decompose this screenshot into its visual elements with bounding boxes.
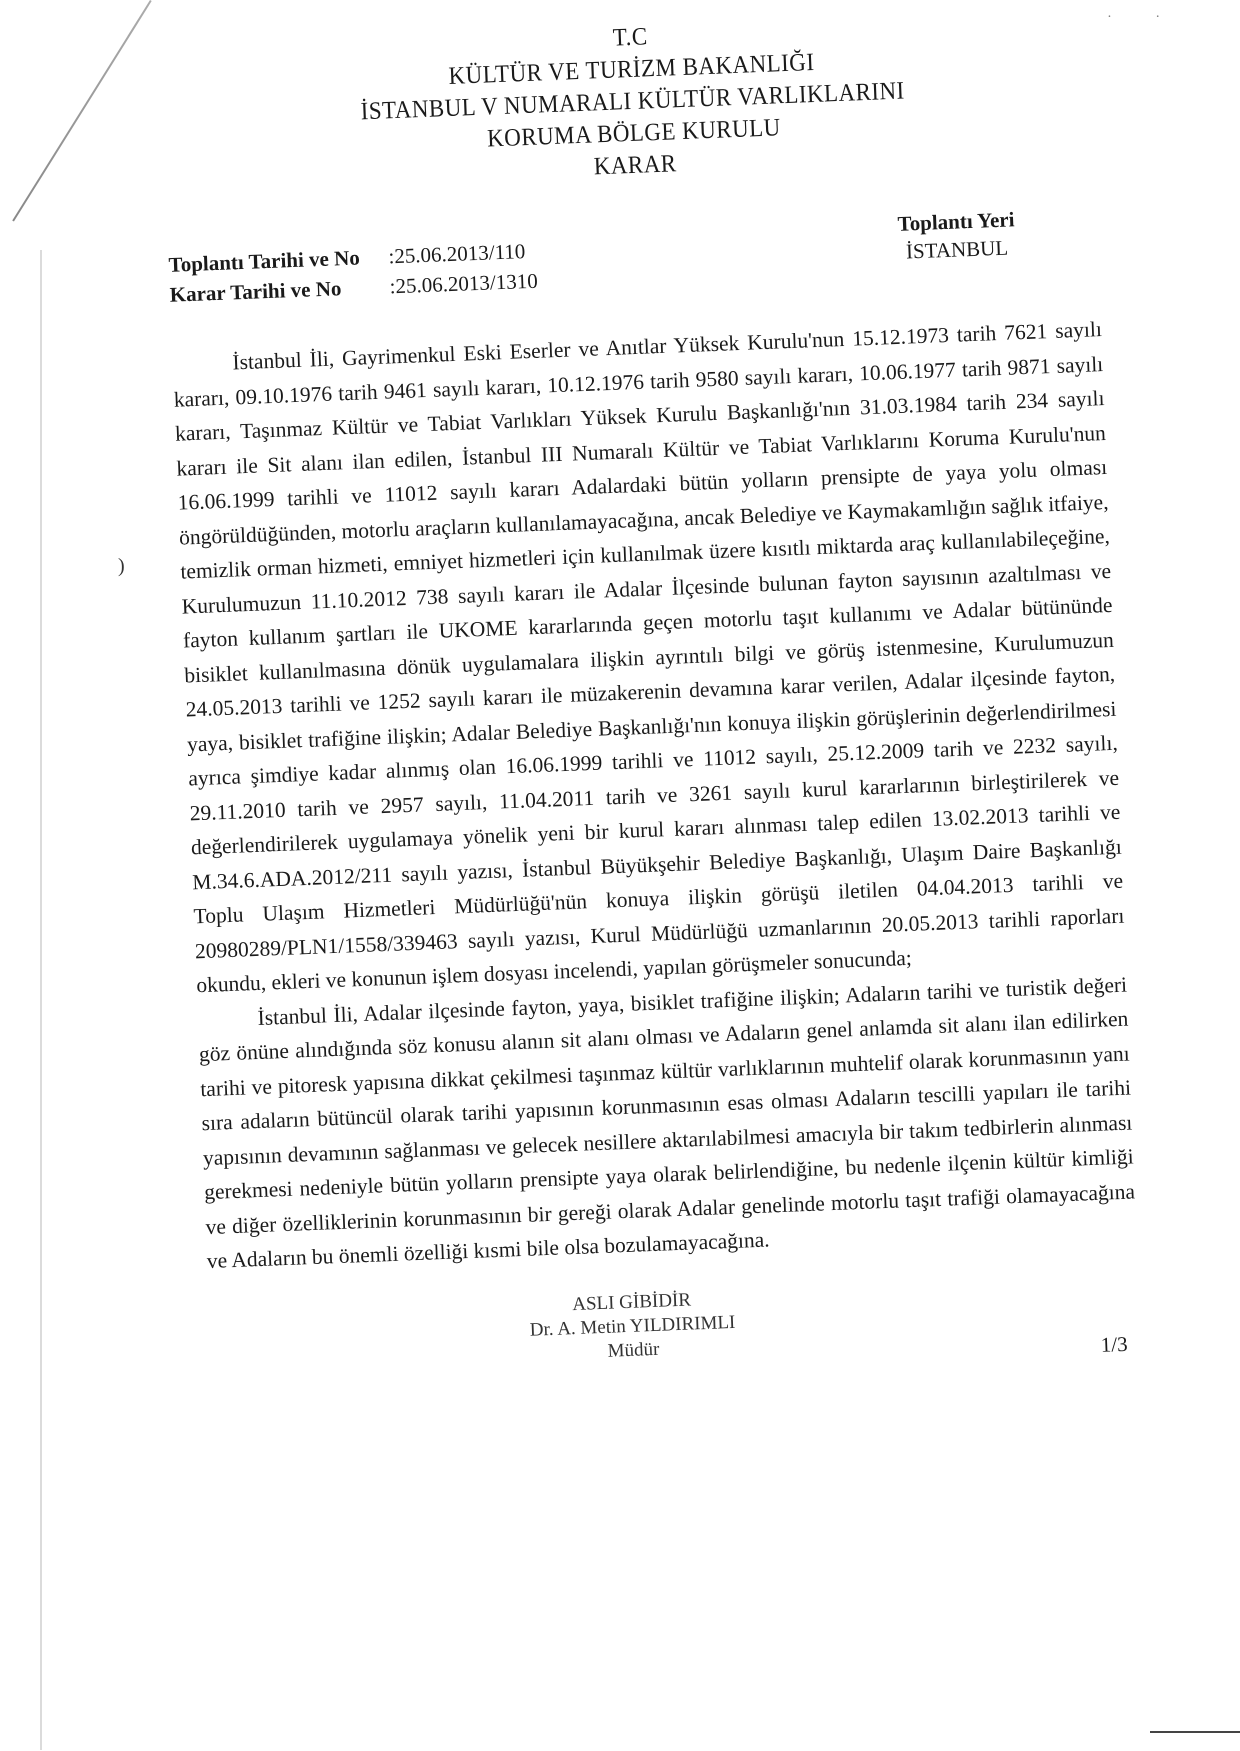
meeting-place-label: Toplantı Yeri bbox=[897, 205, 1015, 237]
scan-edge-line bbox=[1150, 1731, 1240, 1733]
meeting-place: Toplantı Yeri İSTANBUL bbox=[897, 205, 1016, 265]
body-paragraph-1: İstanbul İli, Gayrimenkul Eski Eserler v… bbox=[172, 312, 1126, 1003]
decision-document: T.C KÜLTÜR VE TURİZM BAKANLIĞI İSTANBUL … bbox=[160, 3, 1173, 1426]
body-paragraph-2: İstanbul İli, Adalar ilçesinde fayton, y… bbox=[197, 967, 1137, 1278]
meeting-info: Toplantı Tarihi ve No :25.06.2013/110 Ka… bbox=[168, 236, 538, 310]
signature-stamp: ASLI GİBİDİR Dr. A. Metin YILDIRIMLI Müd… bbox=[528, 1286, 736, 1366]
margin-mark: ) bbox=[118, 555, 125, 578]
page-number: 1/3 bbox=[1100, 1331, 1128, 1357]
paper-edge-shadow bbox=[40, 250, 42, 1750]
document-body: İstanbul İli, Gayrimenkul Eski Eserler v… bbox=[172, 312, 1137, 1279]
paper-fold-line bbox=[12, 0, 151, 222]
signature-area: ASLI GİBİDİR Dr. A. Metin YILDIRIMLI Müd… bbox=[209, 1270, 1173, 1427]
document-header: T.C KÜLTÜR VE TURİZM BAKANLIĞI İSTANBUL … bbox=[140, 3, 1125, 201]
meeting-place-value: İSTANBUL bbox=[898, 233, 1016, 265]
decision-date-value: :25.06.2013/1310 bbox=[389, 266, 538, 302]
meeting-meta: Toplantı Tarihi ve No :25.06.2013/110 Ka… bbox=[167, 197, 1130, 324]
